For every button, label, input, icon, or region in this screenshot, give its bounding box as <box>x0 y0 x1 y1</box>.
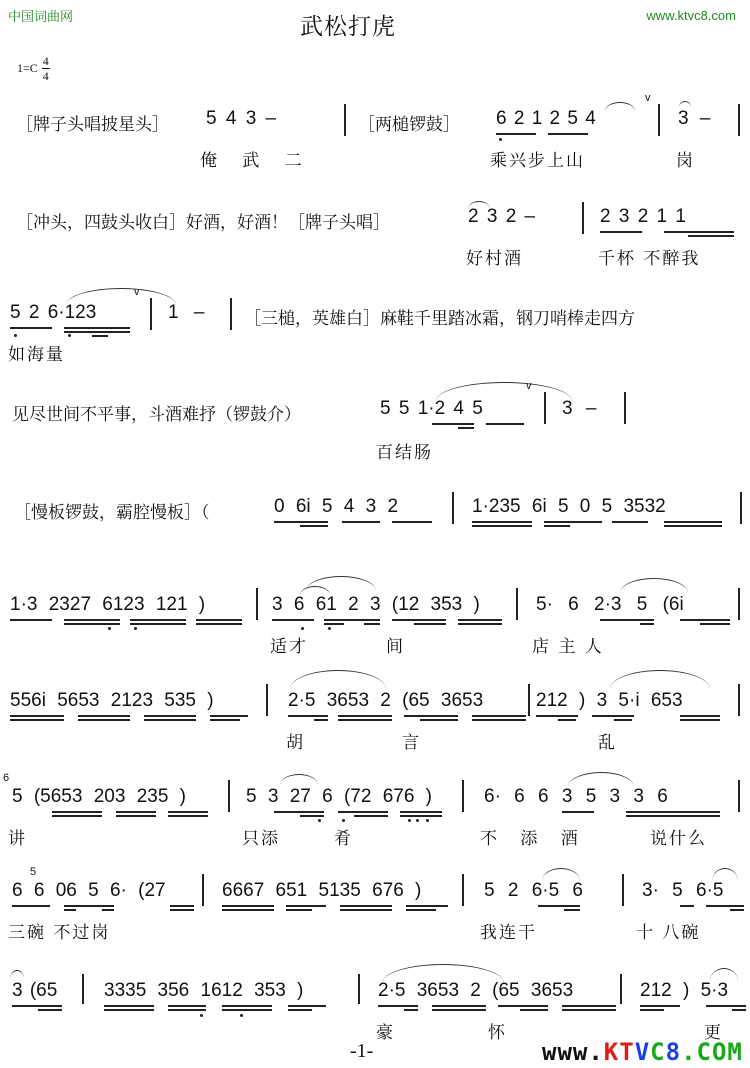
barline <box>738 684 740 716</box>
spoken-text: ［三槌，英雄白］麻鞋千里踏冰霜，钢刀哨棒走四方 <box>244 304 635 329</box>
lyrics: 乱 <box>598 728 617 753</box>
barline <box>658 104 660 136</box>
barline <box>738 104 740 136</box>
site-logo: www.KTVC8.COM <box>542 1038 743 1066</box>
performance-direction: ［冲头，四鼓头收白］好酒，好酒！［牌子头唱］ <box>16 208 390 233</box>
lyrics: 十 八碗 <box>636 918 700 943</box>
performance-direction: ［两槌锣鼓］ <box>358 110 460 135</box>
barline <box>344 104 346 136</box>
barline <box>738 780 740 812</box>
barline <box>622 874 624 906</box>
notes: 2 3 2 1 1 <box>600 206 686 228</box>
notes: 0 6i 5 4 3 2 <box>274 496 398 518</box>
notes: 6 6 06 5 6· (27 <box>12 880 166 902</box>
notes: 3 – <box>678 108 710 130</box>
notes: 1·3 2327 6123 121 ) <box>10 594 205 616</box>
notes: 2·5 3653 2 (65 3653 <box>288 690 483 712</box>
barline <box>266 684 268 716</box>
key-label: 1=C <box>17 61 38 76</box>
notes: 6 2 1 2 5 4 <box>496 108 596 130</box>
lyrics: 怀 <box>488 1018 507 1043</box>
barline <box>528 684 530 716</box>
notes: 2·5 3653 2 (65 3653 <box>378 980 573 1002</box>
barline <box>202 874 204 906</box>
lyrics: 不 添 酒 <box>480 824 580 849</box>
notes: 556i 5653 2123 535 ) <box>10 690 214 712</box>
notes: 3 – <box>562 398 596 420</box>
lyrics: 说什么 <box>650 824 707 849</box>
lyrics: 俺 武 二 <box>200 146 312 171</box>
lyrics: 讲 <box>8 824 27 849</box>
performance-direction: ［慢板锣鼓，霸腔慢板］（ <box>14 498 210 523</box>
lyrics: 百结肠 <box>376 438 433 463</box>
lyrics: 店 主 人 <box>532 632 604 657</box>
notes: 5 5 1·2 4 5 <box>380 398 483 420</box>
lyrics: 好村酒 <box>466 244 523 269</box>
barline <box>620 974 622 1004</box>
notes: 5 2 6·5 6 <box>484 880 583 902</box>
notes: 212 ) 3 5·i 653 <box>536 690 683 712</box>
lyrics: 千杯 不醉我 <box>598 244 700 269</box>
lyrics: 胡 <box>286 728 305 753</box>
lyrics: 间 <box>386 632 405 657</box>
barline <box>358 974 360 1004</box>
notes: 3335 356 1612 353 ) <box>104 980 303 1002</box>
page-title: 武松打虎 <box>300 8 396 41</box>
barline <box>624 392 626 424</box>
grace-note: 5 <box>30 866 36 878</box>
watermark-left: 中国词曲网 <box>8 6 73 25</box>
lyrics: 三碗 不过岗 <box>8 918 110 943</box>
notes: 1 – <box>168 302 204 324</box>
lyrics: 岗 <box>676 146 695 171</box>
performance-direction: ［牌子头唱披星头］ <box>16 110 169 135</box>
notes: 212 ) 5·3 <box>640 980 728 1002</box>
lyrics: 乘兴步上山 <box>490 146 585 171</box>
notes: 5 4 3 – <box>206 108 276 130</box>
notes: 3 6 61 2 3 (12 353 ) <box>272 594 480 616</box>
notes: 6667 651 5135 676 ) <box>222 880 421 902</box>
notes: 1·235 6i 5 0 5 3532 <box>472 496 666 518</box>
lyrics: 适才 <box>270 632 308 657</box>
barline <box>230 298 232 330</box>
lyrics: 如海量 <box>8 340 65 365</box>
barline <box>228 780 230 812</box>
key-signature: 1=C 4 4 <box>17 55 50 82</box>
watermark-right: www.ktvc8.com <box>646 8 736 23</box>
barline <box>516 588 518 620</box>
barline <box>82 974 84 1004</box>
notes: 5 3 27 6 (72 676 ) <box>246 786 432 808</box>
barline <box>256 588 258 620</box>
barline <box>738 588 740 620</box>
lyrics: 豪 <box>376 1018 395 1043</box>
lyrics: 我连干 <box>480 918 537 943</box>
notes: 2 3 2 – <box>468 206 535 228</box>
barline <box>150 298 152 330</box>
notes: 6· 6 6 3 5 3 3 6 <box>484 786 668 808</box>
barline <box>544 392 546 424</box>
notes: 3 (65 <box>12 980 57 1002</box>
barline <box>582 202 584 234</box>
grace-note: 6 <box>3 772 9 784</box>
lyrics: 肴 <box>334 824 353 849</box>
barline <box>740 492 742 524</box>
breath-mark: v <box>134 286 140 298</box>
barline <box>462 874 464 906</box>
notes: 3· 5 6·5 <box>642 880 723 902</box>
spoken-text: 见尽世间不平事，斗酒难抒（锣鼓介） <box>12 400 301 425</box>
barline <box>452 492 454 524</box>
page-number: -1- <box>350 1040 373 1063</box>
notes: 5 2 6·123 <box>10 302 96 324</box>
notes: 5 (5653 203 235 ) <box>12 786 186 808</box>
breath-mark: v <box>526 380 532 392</box>
lyrics: 只添 <box>242 824 280 849</box>
time-signature: 4 4 <box>42 55 50 82</box>
notes: 5· 6 2·3 5 (6i <box>536 594 684 616</box>
barline <box>462 780 464 812</box>
breath-mark: v <box>645 92 651 104</box>
lyrics: 言 <box>402 728 421 753</box>
